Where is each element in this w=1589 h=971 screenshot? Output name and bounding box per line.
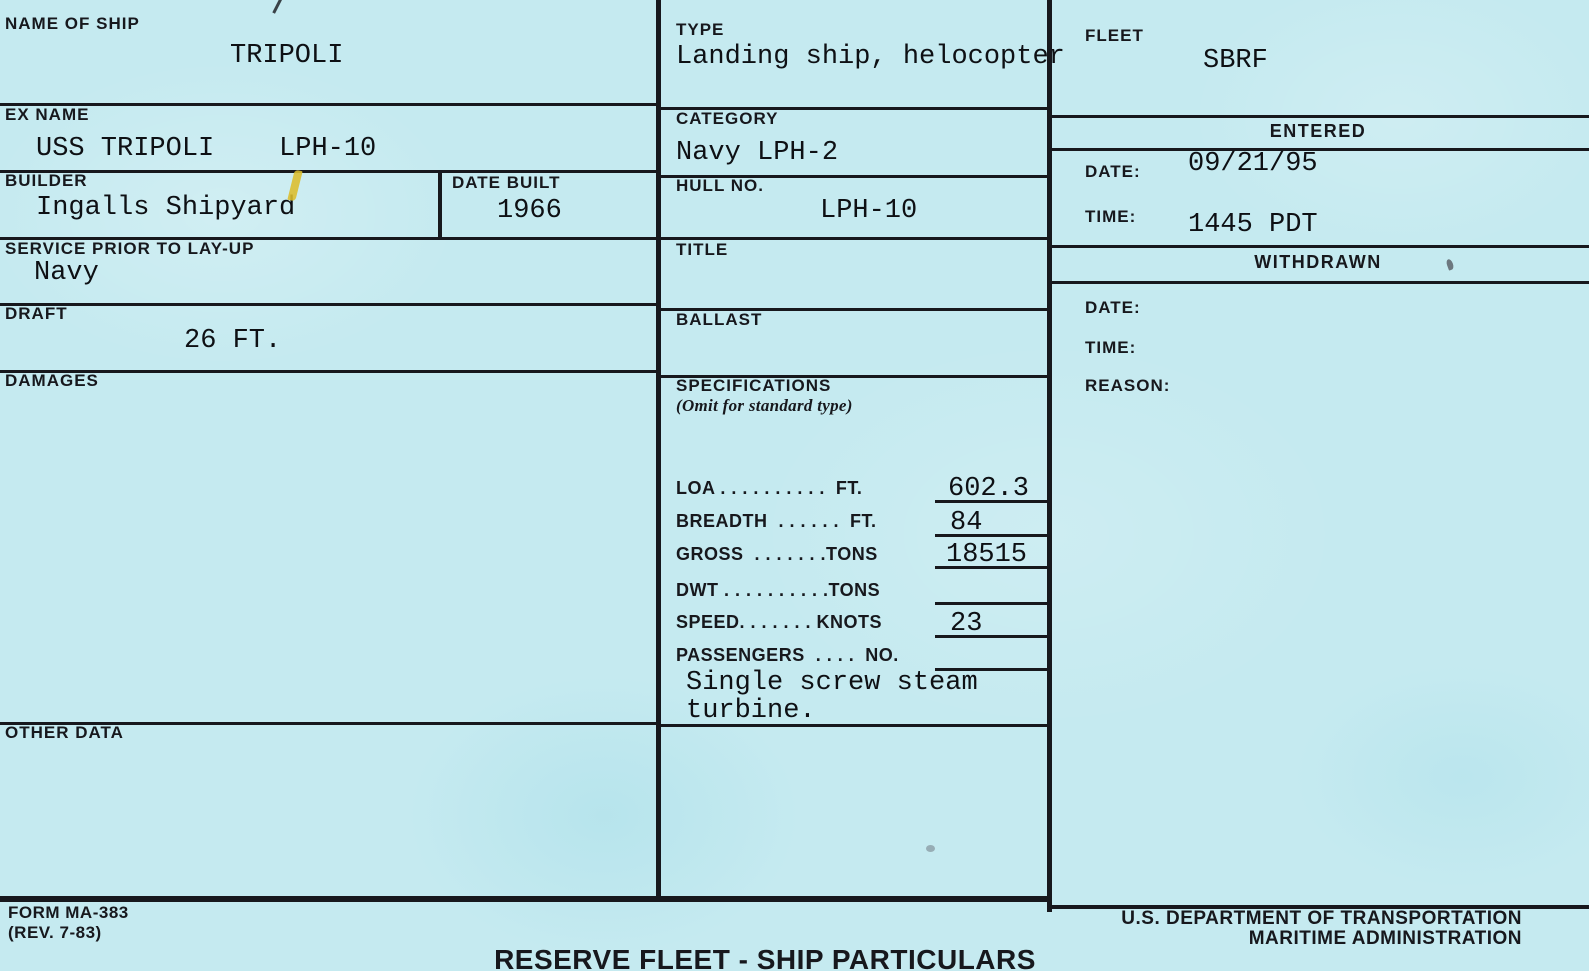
other-data-label: OTHER DATA bbox=[5, 724, 124, 743]
spec-gross-label: GROSS . . . . . . .TONS bbox=[676, 545, 878, 565]
specifications-sublabel: (Omit for standard type) bbox=[676, 396, 853, 416]
spec-underline-dwt bbox=[935, 602, 1047, 605]
column-divider-left-middle bbox=[656, 0, 661, 897]
date-built-label: DATE BUILT bbox=[452, 174, 561, 193]
builder-label: BUILDER bbox=[5, 172, 88, 191]
spec-breadth-label: BREADTH . . . . . . FT. bbox=[676, 512, 877, 532]
dust-speck bbox=[926, 845, 935, 852]
form-number: FORM MA-383 bbox=[8, 903, 129, 923]
spec-gross-value: 18515 bbox=[946, 541, 1027, 569]
damages-label: DAMAGES bbox=[5, 372, 99, 391]
hull-no-label: HULL NO. bbox=[676, 177, 764, 196]
ballast-label: BALLAST bbox=[676, 311, 762, 330]
service-prior-to-layup-label: SERVICE PRIOR TO LAY-UP bbox=[5, 240, 254, 259]
entered-time-label: TIME: bbox=[1085, 208, 1136, 227]
form-title: RESERVE FLEET - SHIP PARTICULARS bbox=[415, 944, 1115, 971]
builder-value: Ingalls Shipyard bbox=[36, 194, 295, 222]
date-built-cell-divider bbox=[438, 170, 442, 238]
entered-time-value: 1445 PDT bbox=[1188, 211, 1318, 239]
withdrawn-date-label: DATE: bbox=[1085, 299, 1141, 318]
agency-line1: U.S. DEPARTMENT OF TRANSPORTATION bbox=[1050, 909, 1522, 929]
type-label: TYPE bbox=[676, 21, 724, 40]
draft-value: 26 FT. bbox=[184, 327, 281, 355]
highlighter-fleck bbox=[287, 169, 302, 201]
date-built-value: 1966 bbox=[497, 197, 562, 225]
form-revision: (REV. 7-83) bbox=[8, 923, 102, 943]
agency-name: U.S. DEPARTMENT OF TRANSPORTATION MARITI… bbox=[1050, 909, 1522, 949]
ex-name-value: USS TRIPOLI LPH-10 bbox=[36, 135, 376, 163]
service-prior-to-layup-value: Navy bbox=[34, 259, 99, 287]
scanned-form-page: { "colors": { "paper": "#c5eaf0", "ink":… bbox=[0, 0, 1589, 971]
withdrawn-band-top-line bbox=[1047, 245, 1589, 248]
withdrawn-reason-label: REASON: bbox=[1085, 377, 1170, 396]
ship-particulars-form: NAME OF SHIP TRIPOLI EX NAME USS TRIPOLI… bbox=[0, 0, 1589, 971]
entered-band-bottom-line bbox=[1047, 148, 1589, 151]
category-value: Navy LPH-2 bbox=[676, 139, 838, 167]
spec-speed-label: SPEED. . . . . . . KNOTS bbox=[676, 613, 882, 633]
form-bottom-border-left bbox=[0, 896, 1052, 902]
entered-band-top-line bbox=[1047, 115, 1589, 118]
entered-date-value: 09/21/95 bbox=[1188, 150, 1318, 178]
withdrawn-time-label: TIME: bbox=[1085, 339, 1136, 358]
ex-name-label: EX NAME bbox=[5, 106, 89, 125]
spec-breadth-value: 84 bbox=[950, 509, 982, 537]
agency-line2: MARITIME ADMINISTRATION bbox=[1050, 929, 1522, 949]
spec-dwt-label: DWT . . . . . . . . . .TONS bbox=[676, 581, 880, 601]
fleet-value: SBRF bbox=[1203, 47, 1268, 75]
spec-loa-value: 602.3 bbox=[948, 475, 1029, 503]
row-divider-draft bbox=[0, 303, 658, 306]
withdrawn-header: WITHDRAWN bbox=[1047, 252, 1589, 273]
entered-header: ENTERED bbox=[1047, 121, 1589, 142]
name-of-ship-label: NAME OF SHIP bbox=[5, 15, 140, 34]
row-divider-ex-name bbox=[0, 103, 658, 106]
stray-pen-mark bbox=[272, 0, 282, 14]
draft-label: DRAFT bbox=[5, 305, 68, 324]
spec-note-line2: turbine. bbox=[686, 697, 816, 725]
spec-note-line1: Single screw steam bbox=[686, 669, 978, 697]
spec-passengers-label: PASSENGERS . . . . NO. bbox=[676, 646, 899, 666]
entered-date-label: DATE: bbox=[1085, 163, 1141, 182]
hull-no-value: LPH-10 bbox=[820, 197, 917, 225]
spec-speed-value: 23 bbox=[950, 610, 982, 638]
spec-loa-label: LOA . . . . . . . . . . FT. bbox=[676, 479, 862, 499]
withdrawn-band-bottom-line bbox=[1047, 281, 1589, 284]
category-label: CATEGORY bbox=[676, 110, 778, 129]
title-label: TITLE bbox=[676, 241, 728, 260]
specifications-label: SPECIFICATIONS bbox=[676, 377, 831, 396]
name-of-ship-value: TRIPOLI bbox=[230, 42, 343, 70]
type-value: Landing ship, helocopter bbox=[676, 43, 1065, 71]
fleet-label: FLEET bbox=[1085, 27, 1144, 46]
